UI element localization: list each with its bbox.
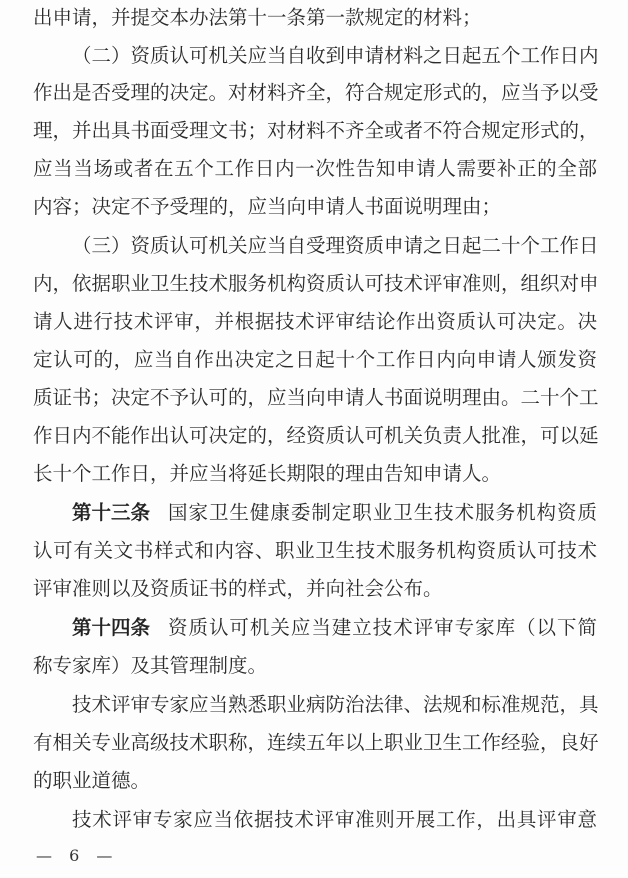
page-number: — 6 — bbox=[36, 844, 118, 868]
text-line-15: 认可有关文书样式和内容、职业卫生技术服务机构资质认可技术 bbox=[33, 536, 597, 566]
text-line-3: 作出是否受理的决定。对材料齐全，符合规定形式的，应当予以受 bbox=[33, 78, 597, 108]
text-line-13: 长十个工作日，并应当将延长期限的理由告知申请人。 bbox=[33, 459, 597, 489]
text-line-8: 内，依据职业卫生技术服务机构资质认可技术评审准则，组织对申 bbox=[33, 269, 597, 299]
text-line-17: 资质认可机关应当建立技术评审专家库（以下简 bbox=[168, 613, 597, 643]
text-line-4: 理，并出具书面受理文书；对材料不齐全或者不符合规定形式的， bbox=[33, 116, 597, 146]
text-line-7: （三）资质认可机关应当自受理资质申请之日起二十个工作日 bbox=[72, 231, 597, 261]
document-page: 出申请，并提交本办法第十一条第一款规定的材料； （二）资质认可机关应当自收到申请… bbox=[0, 0, 628, 878]
text-line-11: 质证书；决定不予认可的，应当向申请人书面说明理由。二十个工 bbox=[33, 383, 597, 413]
text-line-14: 国家卫生健康委制定职业卫生技术服务机构资质 bbox=[168, 498, 597, 528]
text-line-2: （二）资质认可机关应当自收到申请材料之日起五个工作日内 bbox=[72, 41, 597, 71]
text-line-22: 技术评审专家应当依据技术评审准则开展工作，出具评审意 bbox=[72, 805, 597, 835]
text-line-20: 有相关专业高级技术职称，连续五年以上职业卫生工作经验，良好 bbox=[33, 728, 597, 758]
text-line-21: 的职业道德。 bbox=[33, 766, 597, 796]
text-line-10: 定认可的，应当自作出决定之日起十个工作日内向申请人颁发资 bbox=[33, 345, 597, 375]
article-14-heading: 第十四条 bbox=[72, 613, 150, 643]
text-line-1: 出申请，并提交本办法第十一条第一款规定的材料； bbox=[33, 3, 597, 33]
text-line-9: 请人进行技术评审，并根据技术评审结论作出资质认可决定。决 bbox=[33, 307, 597, 337]
article-14-line: 第十四条 资质认可机关应当建立技术评审专家库（以下简 bbox=[72, 613, 597, 643]
text-line-12: 作日内不能作出认可决定的，经资质认可机关负责人批准，可以延 bbox=[33, 421, 597, 451]
text-line-18: 称专家库）及其管理制度。 bbox=[33, 651, 597, 681]
article-13-line: 第十三条 国家卫生健康委制定职业卫生技术服务机构资质 bbox=[72, 498, 597, 528]
article-13-heading: 第十三条 bbox=[72, 498, 150, 528]
text-line-19: 技术评审专家应当熟悉职业病防治法律、法规和标准规范，具 bbox=[72, 690, 597, 720]
text-line-5: 应当当场或者在五个工作日内一次性告知申请人需要补正的全部 bbox=[33, 154, 597, 184]
text-line-16: 评审准则以及资质证书的样式，并向社会公布。 bbox=[33, 574, 597, 604]
text-line-6: 内容；决定不予受理的，应当向申请人书面说明理由； bbox=[33, 192, 597, 222]
